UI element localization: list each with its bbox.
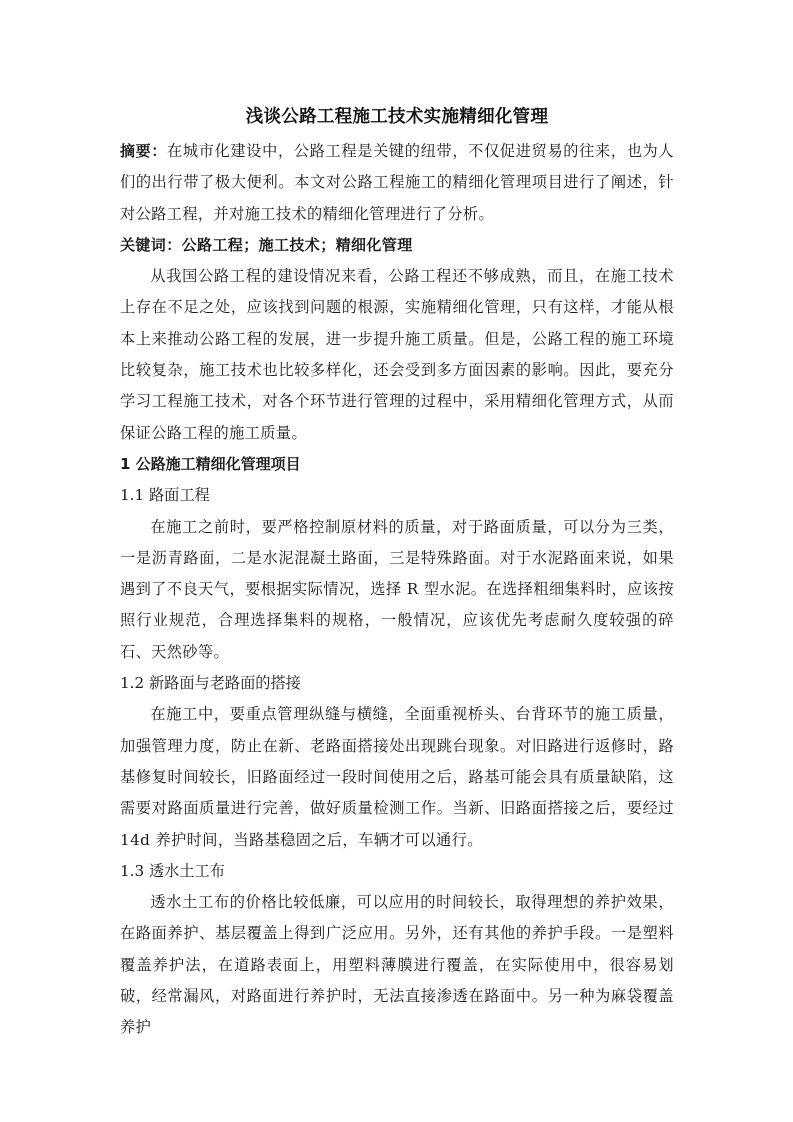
subsection-1-2-heading: 1.2 新路面与老路面的搭接: [120, 668, 674, 699]
keywords-label: 关键词：: [120, 236, 182, 254]
subsection-1-1-body: 在施工之前时，要严格控制原材料的质量，对于路面质量，可以分为三类，一是沥青路面，…: [120, 512, 674, 668]
keywords-text: 公路工程；施工技术；精细化管理: [182, 236, 413, 254]
keywords-paragraph: 关键词：公路工程；施工技术；精细化管理: [120, 230, 674, 261]
document-page: 浅谈公路工程施工技术实施精细化管理 摘要：在城市化建设中，公路工程是关键的纽带，…: [120, 100, 674, 1044]
section-1-heading: 1 公路施工精细化管理项目: [120, 449, 674, 480]
subsection-1-3-heading: 1.3 透水土工布: [120, 856, 674, 887]
subsection-1-3-body: 透水土工布的价格比较低廉，可以应用的时间较长，取得理想的养护效果，在路面养护、基…: [120, 887, 674, 1043]
intro-paragraph: 从我国公路工程的建设情况来看，公路工程还不够成熟，而且，在施工技术上存在不足之处…: [120, 261, 674, 449]
subsection-1-2-body: 在施工中，要重点管理纵缝与横缝，全面重视桥头、台背环节的施工质量，加强管理力度，…: [120, 699, 674, 855]
subsection-1-1-heading: 1.1 路面工程: [120, 480, 674, 511]
document-title: 浅谈公路工程施工技术实施精细化管理: [120, 100, 674, 134]
abstract-paragraph: 摘要：在城市化建设中，公路工程是关键的纽带，不仅促进贸易的往来，也为人们的出行带…: [120, 136, 674, 230]
abstract-text: 在城市化建设中，公路工程是关键的纽带，不仅促进贸易的往来，也为人们的出行带了极大…: [120, 142, 674, 223]
abstract-label: 摘要：: [120, 142, 167, 160]
